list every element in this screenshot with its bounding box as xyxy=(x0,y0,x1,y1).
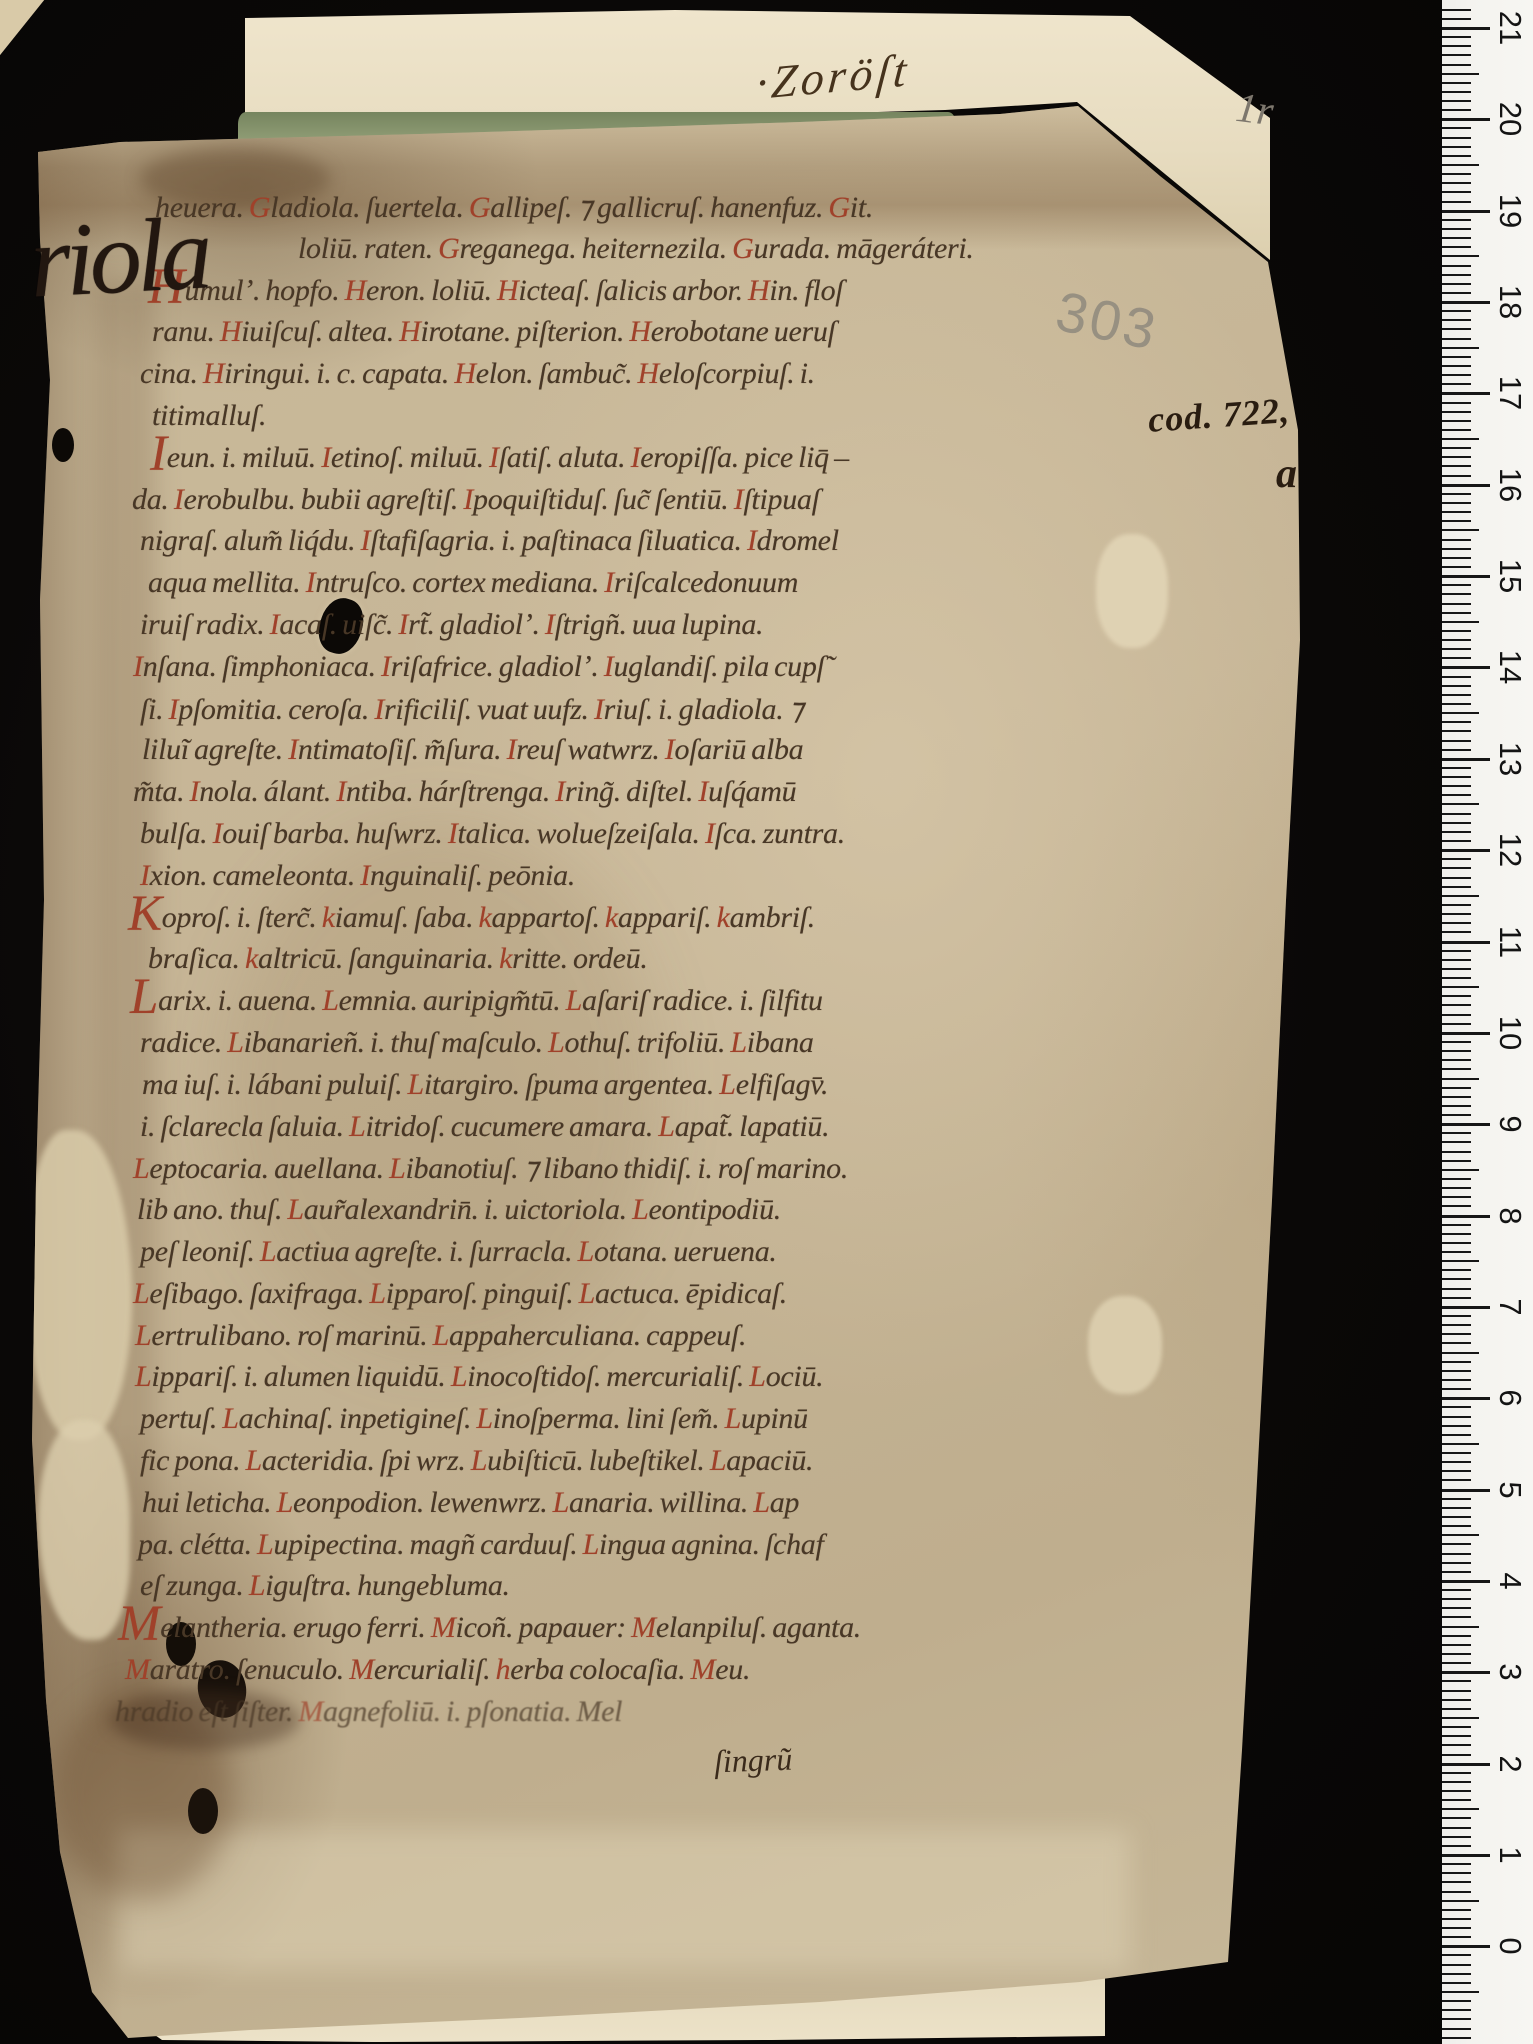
ruler-label: 9 xyxy=(1494,1108,1526,1140)
rubricated-letter: L xyxy=(277,1486,293,1519)
ruler-tick xyxy=(1442,1690,1471,1692)
rubricated-letter: G xyxy=(438,232,459,265)
ruler-tick xyxy=(1442,1562,1471,1564)
ruler-tick xyxy=(1442,1763,1490,1766)
ruler-label: 17 xyxy=(1494,377,1526,409)
ruler-tick xyxy=(1442,201,1471,203)
ruler-label: 21 xyxy=(1494,12,1526,44)
ruler-tick xyxy=(1442,1790,1471,1792)
line-text: ercurialiſ. xyxy=(374,1653,496,1686)
rubricated-letter: L xyxy=(578,1235,594,1268)
margin-title-fragment: riola xyxy=(27,193,210,321)
rubricated-letter: k xyxy=(245,942,258,975)
ruler-tick xyxy=(1442,1498,1471,1500)
rubricated-letter: I xyxy=(734,483,744,516)
rubricated-letter: M xyxy=(125,1653,150,1686)
ruler-tick xyxy=(1442,1388,1471,1390)
rubricated-letter: L xyxy=(548,1026,564,1059)
ruler-tick xyxy=(1442,858,1471,860)
ruler-tick xyxy=(1442,1772,1471,1774)
manuscript-line: fic pona. Lacteridia. ſpi wrz. Lubiſticū… xyxy=(140,1444,813,1478)
line-text: ipparoſ. pinguiſ. xyxy=(386,1277,579,1310)
ruler-tick xyxy=(1442,1781,1471,1783)
rubricated-letter: I xyxy=(604,566,614,599)
line-text: agnefoliū. i. pſonatia. Mel xyxy=(323,1695,622,1728)
ruler-tick xyxy=(1442,1863,1471,1865)
line-text: oproſ. i. ſterc̃. xyxy=(162,901,322,934)
ruler-tick xyxy=(1442,1324,1471,1326)
ruler-tick xyxy=(1442,1881,1471,1883)
rubricated-letter: G xyxy=(469,191,490,224)
line-text: rt̃. gladiolʼ. xyxy=(408,608,545,641)
rubricated-letter: L xyxy=(553,1486,569,1519)
ruler-tick xyxy=(1442,484,1490,487)
line-text: titimalluſ. xyxy=(152,399,266,432)
line-text: poquiſtiduſ. ſuc̃ ſentiū. xyxy=(473,483,734,516)
line-text: apaciū. xyxy=(726,1444,813,1477)
ruler-tick xyxy=(1442,219,1471,221)
line-text: ſtipuaſ xyxy=(743,483,819,516)
ruler-tick xyxy=(1442,2018,1471,2020)
rubricated-letter: L xyxy=(749,1360,765,1393)
ruler-tick xyxy=(1442,758,1490,761)
line-text: achinaſ. inpetigineſ. xyxy=(239,1402,477,1435)
ruler-tick xyxy=(1442,520,1471,522)
ruler-tick xyxy=(1442,1836,1471,1838)
line-text: elanpiluſ. aganta. xyxy=(656,1611,861,1644)
ruler-tick xyxy=(1442,1891,1471,1893)
rubricated-letter: L xyxy=(471,1444,487,1477)
ruler-tick xyxy=(1442,959,1471,961)
rubricated-letter: L xyxy=(451,1360,467,1393)
ruler-label: 2 xyxy=(1494,1748,1526,1780)
ruler-tick xyxy=(1442,27,1490,30)
ruler-tick xyxy=(1442,45,1471,47)
line-text: ladiola. ſuertela. xyxy=(270,191,469,224)
rubricated-letter: H xyxy=(497,274,518,307)
line-text: ibanotiuſ. ⁊ libano thidiſ. i. roſ marin… xyxy=(405,1152,848,1185)
rubricated-letter: L xyxy=(433,1319,449,1352)
rubricated-letter: k xyxy=(499,942,512,975)
ruler-tick xyxy=(1442,1918,1471,1920)
ruler-tick xyxy=(1442,1954,1471,1956)
ruler-tick xyxy=(1442,1151,1471,1153)
ruler-tick xyxy=(1442,1434,1471,1436)
line-text: ſatiſ. aluta. xyxy=(499,441,631,474)
line-text: etinoſ. miluū. xyxy=(331,441,489,474)
ruler-tick xyxy=(1442,1945,1490,1948)
ruler-tick xyxy=(1442,1699,1471,1701)
ruler-tick xyxy=(1442,785,1471,787)
line-text: aratro. ſenuculo. xyxy=(150,1653,349,1686)
ruler-tick xyxy=(1442,1205,1471,1207)
ruler-tick xyxy=(1442,475,1471,477)
ruler-tick xyxy=(1442,54,1471,56)
ruler-tick xyxy=(1442,64,1471,66)
ruler-tick xyxy=(1442,402,1471,404)
line-text: nola. álant. xyxy=(199,775,336,808)
ruler-tick xyxy=(1442,1808,1479,1810)
ruler-tick xyxy=(1442,1507,1471,1509)
rubricated-letter: I xyxy=(463,483,473,516)
ruler-label: 0 xyxy=(1494,1930,1526,1962)
ruler-tick xyxy=(1442,109,1471,111)
rubricated-letter: L xyxy=(222,1402,238,1435)
manuscript-line: pertuſ. Lachinaſ. inpetigineſ. Linoſperm… xyxy=(140,1402,808,1436)
line-text: eloſcorpiuſ. i. xyxy=(659,357,815,390)
rubricated-letter: L xyxy=(583,1528,599,1561)
rubricated-letter: L xyxy=(753,1486,769,1519)
ruler-tick xyxy=(1442,1361,1471,1363)
ruler-tick xyxy=(1442,904,1471,906)
ruler-tick xyxy=(1442,447,1471,449)
ruler-tick xyxy=(1442,1671,1490,1674)
ruler-tick xyxy=(1442,767,1471,769)
line-text: ertrulibano. roſ marinū. xyxy=(151,1319,432,1352)
ruler-tick xyxy=(1442,9,1471,11)
ruler-label: 1 xyxy=(1494,1839,1526,1871)
ruler-tick xyxy=(1442,995,1471,997)
ruler-tick xyxy=(1442,1196,1471,1198)
ruler-tick xyxy=(1442,173,1471,175)
ruler-tick xyxy=(1442,356,1471,358)
ruler-tick xyxy=(1442,210,1490,213)
manuscript-line: ſi. Ipſomitia. ceroſa. Irificiliſ. vuat … xyxy=(140,692,803,727)
ruler-tick xyxy=(1442,118,1490,121)
ruler-tick xyxy=(1442,886,1471,888)
rubricated-letter: k xyxy=(479,901,492,934)
ruler-tick xyxy=(1442,1370,1471,1372)
ruler-tick xyxy=(1442,694,1471,696)
ruler-tick xyxy=(1442,840,1471,842)
ruler-tick xyxy=(1442,1297,1471,1299)
rubricated-letter: L xyxy=(369,1277,385,1310)
ruler-tick xyxy=(1442,1269,1471,1271)
ruler-label: 13 xyxy=(1494,743,1526,775)
ruler-label: 12 xyxy=(1494,834,1526,866)
rubricated-letter: L xyxy=(710,1444,726,1477)
ruler-label: 10 xyxy=(1494,1017,1526,1049)
ruler-tick xyxy=(1442,274,1471,276)
ruler-tick xyxy=(1442,2028,1471,2030)
ruler-tick xyxy=(1442,1278,1471,1280)
ruler-tick xyxy=(1442,82,1471,84)
rubricated-letter: L xyxy=(389,1152,405,1185)
ruler-tick xyxy=(1442,1315,1471,1317)
ruler-tick xyxy=(1442,137,1471,139)
ruler-tick xyxy=(1442,438,1479,440)
ruler-tick xyxy=(1442,1023,1471,1025)
line-text: eron. loliū. xyxy=(366,274,497,307)
ruler-tick xyxy=(1442,1041,1471,1043)
ruler-tick xyxy=(1442,593,1471,595)
ruler-tick xyxy=(1442,1927,1471,1929)
ruler-tick xyxy=(1442,374,1471,376)
ruler-tick xyxy=(1442,1900,1479,1902)
rubricated-letter: L xyxy=(133,1277,149,1310)
ruler-tick xyxy=(1442,1799,1471,1801)
rubricated-letter: I xyxy=(321,441,331,474)
ruler-label: 16 xyxy=(1494,469,1526,501)
ruler-tick xyxy=(1442,91,1471,93)
line-text: appariſ. xyxy=(618,901,717,934)
quire-mark: ſingrũ xyxy=(713,1741,792,1781)
ruler-tick xyxy=(1442,1224,1471,1226)
rubricated-letter: L xyxy=(408,1068,424,1101)
ruler-tick xyxy=(1442,319,1471,321)
ruler-tick xyxy=(1442,1982,1471,1984)
ruler-tick xyxy=(1442,703,1471,705)
ruler-tick xyxy=(1442,73,1479,75)
ruler-tick xyxy=(1442,255,1479,257)
line-text: iruiſ radix. xyxy=(140,608,270,641)
line-text: reuſ watwrz. xyxy=(516,733,665,766)
line-text: arix. i. auena. xyxy=(158,984,322,1017)
ruler-tick xyxy=(1442,283,1471,285)
ruler-tick xyxy=(1442,1845,1471,1847)
manuscript-line: da. Ierobulbu. bubii agreſtiſ. Ipoquiſti… xyxy=(132,483,820,517)
line-text: da. xyxy=(132,483,174,516)
line-text: eontipodiū. xyxy=(648,1193,781,1226)
rubricated-letter: I xyxy=(747,524,757,557)
ruler-tick xyxy=(1442,1014,1471,1016)
rubricated-letter: L xyxy=(566,984,582,1017)
rubricated-letter: I xyxy=(374,693,384,726)
ruler-tick xyxy=(1442,338,1471,340)
ruler-tick xyxy=(1442,1416,1471,1418)
rubricated-letter: I xyxy=(448,817,458,850)
rubricated-letter: k xyxy=(322,901,335,934)
ruler-tick xyxy=(1442,1854,1490,1857)
line-text: uſq́amū xyxy=(708,775,796,808)
ruler-tick xyxy=(1442,2037,1471,2039)
line-text: itargiro. ſpuma argentea. xyxy=(424,1068,719,1101)
ruler-tick xyxy=(1442,877,1471,879)
line-text: apat̃. lapatiū. xyxy=(675,1110,830,1143)
rubricated-letter: L xyxy=(246,1444,262,1477)
ruler-tick xyxy=(1442,566,1471,568)
ruler-tick xyxy=(1442,1251,1471,1253)
line-text: otana. ueruena. xyxy=(594,1235,777,1268)
ruler-tick xyxy=(1442,1096,1471,1098)
manuscript-line: cina. Hiringui. i. c. capata. Helon. ſam… xyxy=(140,357,815,391)
manuscript-line: Leptocaria. auellana. Libanotiuſ. ⁊ liba… xyxy=(133,1151,848,1186)
line-text: allipeſ. ⁊ gallicruſ. hanenfuz. xyxy=(490,191,828,224)
ruler-tick xyxy=(1442,1754,1471,1756)
ruler-tick xyxy=(1442,365,1471,367)
ruler-label: 6 xyxy=(1494,1382,1526,1414)
ruler-tick xyxy=(1442,1516,1471,1518)
rubricated-letter: L xyxy=(579,1277,595,1310)
ruler-tick xyxy=(1442,1616,1471,1618)
rubricated-letter: I xyxy=(489,441,499,474)
manuscript-line: i. ſclarecla ſaluia. Litridoſ. cucumere … xyxy=(140,1110,829,1144)
ruler-tick xyxy=(1442,164,1479,166)
ruler-tick xyxy=(1442,292,1471,294)
line-text: itridoſ. cucumere amara. xyxy=(365,1110,658,1143)
ruler-tick xyxy=(1442,584,1471,586)
line-text: eropiſſa. pice liq̄ – xyxy=(640,441,849,474)
ruler-tick xyxy=(1442,146,1471,148)
ruler-tick xyxy=(1442,1580,1490,1583)
ruler-tick xyxy=(1442,1973,1471,1975)
ruler-label: 8 xyxy=(1494,1200,1526,1232)
ruler-tick xyxy=(1442,456,1471,458)
line-text: actuca. ēpidicaſ. xyxy=(595,1277,787,1310)
manuscript-line: eſ zunga. Liguſtra. hungebluma. xyxy=(140,1569,510,1603)
rubricated-letter: I xyxy=(698,775,708,808)
rubricated-letter: L xyxy=(632,1193,648,1226)
ruler-tick xyxy=(1442,666,1490,669)
rubricated-letter: H xyxy=(399,315,420,348)
line-text: appaherculiana. cappeuſ. xyxy=(449,1319,746,1352)
ruler-tick xyxy=(1442,301,1490,304)
rubricated-letter: I xyxy=(545,608,555,641)
manuscript-line: Koproſ. i. ſterc̃. kiamuſ. ſaba. kappart… xyxy=(128,901,815,935)
ruler-tick xyxy=(1442,1525,1471,1527)
ruler-tick xyxy=(1442,502,1471,504)
ruler-tick xyxy=(1442,191,1471,193)
line-text: erobulbu. bubii agreſtiſ. xyxy=(184,483,464,516)
rubricated-letter: H xyxy=(629,315,650,348)
ruler-tick xyxy=(1442,1479,1471,1481)
ruler-tick xyxy=(1442,1872,1471,1874)
ruler-tick xyxy=(1442,831,1471,833)
ruler-tick xyxy=(1442,100,1471,102)
line-text: loliū. raten. xyxy=(298,232,438,265)
line-text: emnia. auripigm̃tū. xyxy=(339,984,566,1017)
line-text: dromel xyxy=(757,524,839,557)
rubricated-letter: L xyxy=(257,1528,273,1561)
ruler-tick xyxy=(1442,1379,1471,1381)
ruler-tick xyxy=(1442,1726,1471,1728)
line-text: ubiſticū. lubeſtikel. xyxy=(487,1444,710,1477)
line-text: anaria. willina. xyxy=(569,1486,753,1519)
ruler-tick xyxy=(1442,1169,1479,1171)
ruler-tick xyxy=(1442,328,1471,330)
rubricated-letter: M xyxy=(349,1653,374,1686)
ruler-tick xyxy=(1442,1635,1471,1637)
ruler-tick xyxy=(1442,228,1471,230)
manuscript-line: aqua mellita. Intruſco. cortex mediana. … xyxy=(148,566,798,600)
rubricated-letter: I xyxy=(213,817,223,850)
ruler-tick xyxy=(1442,657,1471,659)
ruler-tick xyxy=(1442,1470,1471,1472)
ruler-tick xyxy=(1442,1817,1471,1819)
line-text: ociū. xyxy=(766,1360,824,1393)
line-text: othuſ. trifoliū. xyxy=(564,1026,730,1059)
ruler-tick xyxy=(1442,1215,1490,1218)
ruler-tick xyxy=(1442,1662,1471,1664)
line-text: upipectina. magñ carduuſ. xyxy=(273,1528,582,1561)
line-text: ouiſ barba. huſwrz. xyxy=(222,817,448,850)
line-text: ntiba. hárſtrenga. xyxy=(346,775,555,808)
manuscript-line: Ieun. i. miluū. Ietinoſ. miluū. Iſatiſ. … xyxy=(150,441,849,475)
line-text: ſi. xyxy=(140,693,168,726)
line-text: hradio eſt ſiſter. xyxy=(115,1695,298,1728)
rubricated-letter: M xyxy=(691,1653,716,1686)
ruler-tick xyxy=(1442,1004,1471,1006)
line-text: ma iuſ. i. lábani puluiſ. xyxy=(142,1068,408,1101)
ruler-tick xyxy=(1442,648,1471,650)
ruler-tick xyxy=(1442,1589,1471,1591)
line-text: riſcalcedonuum xyxy=(614,566,798,599)
ruler-label: 4 xyxy=(1494,1565,1526,1597)
line-text: talica. wolueſzeiſala. xyxy=(458,817,705,850)
ruler-tick xyxy=(1442,1607,1471,1609)
rubricated-letter: H xyxy=(454,357,475,390)
rubricated-letter: L xyxy=(725,1402,741,1435)
rubricated-letter: L xyxy=(287,1193,303,1226)
line-text: braſica. xyxy=(148,942,245,975)
line-text: in. floſ xyxy=(769,274,843,307)
line-text: iringui. i. c. capata. xyxy=(224,357,454,390)
ruler-label: 11 xyxy=(1494,926,1526,958)
line-text: actiua agreſte. i. ſurracla. xyxy=(276,1235,577,1268)
ruler-tick xyxy=(1442,950,1471,952)
manuscript-photo: heuera. Gladiola. ſuertela. Gallipeſ. ⁊ … xyxy=(0,0,1533,2044)
line-text: iamuſ. ſaba. xyxy=(335,901,479,934)
rubricated-letter: L xyxy=(730,1026,746,1059)
ruler-tick xyxy=(1442,246,1471,248)
ruler-label: 7 xyxy=(1494,1291,1526,1323)
ruler-tick xyxy=(1442,182,1471,184)
ruler-tick xyxy=(1442,1306,1490,1309)
line-text: upinū xyxy=(741,1402,808,1435)
manuscript-line: ma iuſ. i. lábani puluiſ. Litargiro. ſpu… xyxy=(142,1068,828,1102)
ruler-tick xyxy=(1442,1260,1479,1262)
line-text: acteridia. ſpi wrz. xyxy=(262,1444,471,1477)
ruler-tick xyxy=(1442,639,1471,641)
line-text: hui leticha. xyxy=(142,1486,277,1519)
line-text: cina. xyxy=(140,357,203,390)
rubricated-letter: L xyxy=(260,1235,276,1268)
ruler-tick xyxy=(1442,1909,1471,1911)
line-text: ippariſ. i. alumen liquidū. xyxy=(151,1360,450,1393)
line-text: altricū. ſanguinaria. xyxy=(258,942,499,975)
ruler-label: 5 xyxy=(1494,1474,1526,1506)
line-text: pſomitia. ceroſa. xyxy=(178,693,374,726)
manuscript-line: braſica. kaltricū. ſanguinaria. kritte. … xyxy=(148,942,648,976)
manuscript-line: Melantheria. erugo ferri. Micoñ. papauer… xyxy=(118,1611,861,1645)
ruler-tick xyxy=(1442,1991,1479,1993)
ruler-tick xyxy=(1442,1068,1471,1070)
ruler-tick xyxy=(1442,1936,1471,1938)
ruler-label: 18 xyxy=(1494,286,1526,318)
ruler-tick xyxy=(1442,1087,1471,1089)
line-text: aſariſ radice. i. ſilfitu xyxy=(582,984,823,1017)
ruler-tick xyxy=(1442,822,1471,824)
ruler-tick xyxy=(1442,1160,1471,1162)
ruler-tick xyxy=(1442,712,1479,714)
ruler-tick xyxy=(1442,803,1479,805)
ruler-tick xyxy=(1442,1288,1471,1290)
ruler-tick xyxy=(1442,575,1490,578)
rubricated-letter: I xyxy=(665,733,675,766)
ruler-tick xyxy=(1442,1452,1471,1454)
ruler-tick xyxy=(1442,941,1490,944)
rubricated-letter: M xyxy=(631,1611,656,1644)
line-text: inocoſtidoſ. mercurialiſ. xyxy=(467,1360,749,1393)
rubricated-letter: L xyxy=(476,1402,492,1435)
ruler-tick xyxy=(1442,1050,1471,1052)
manuscript-line: hradio eſt ſiſter. Magnefoliū. i. pſonat… xyxy=(115,1695,622,1729)
rubricated-letter: I xyxy=(398,608,408,641)
ruler-tick xyxy=(1442,1342,1471,1344)
ruler-tick xyxy=(1442,155,1471,157)
line-text: urada. māgeráteri. xyxy=(754,232,974,265)
ruler-tick xyxy=(1442,740,1471,742)
